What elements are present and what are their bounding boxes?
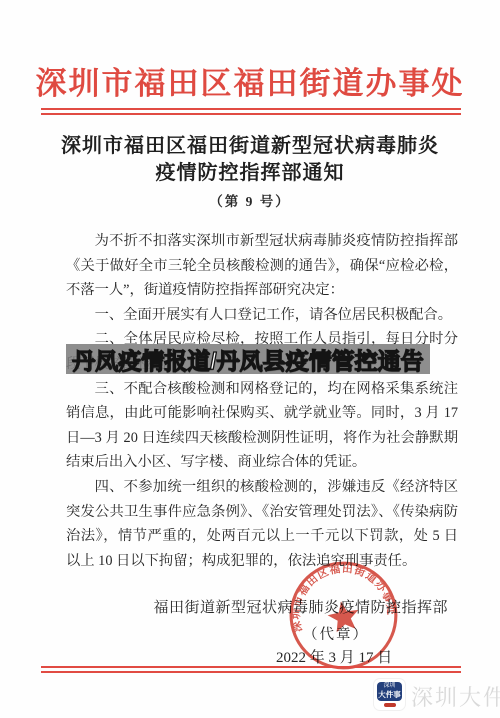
headline-overlay-text: 丹凤疫情报道/丹凤县疫情管控通告 xyxy=(72,343,423,376)
notice-heading: 深圳市福田区福田街道新型冠状病毒肺炎 疫情防控指挥部通知 xyxy=(0,133,500,187)
paragraph-item-3: 三、不配合核酸检测和网格登记的，均在网格采集系统注销信息，由此可能影响社保购买、… xyxy=(66,377,458,475)
paragraph-item-1: 一、全面开展实有人口登记工作，请各位居民积极配合。 xyxy=(66,303,458,328)
seal-star-icon xyxy=(326,599,362,634)
notice-body: 为不折不扣落实深圳市新型冠状病毒肺炎疫情防控指挥部《关于做好全市三轮全员核酸检测… xyxy=(66,229,458,573)
notice-heading-line2: 疫情防控指挥部通知 xyxy=(0,160,500,187)
watermark-label: 深圳大件事 xyxy=(411,681,500,712)
watermark-app-icon-tile: 深圳 大件事 xyxy=(377,682,402,701)
footer-divider-line xyxy=(41,666,461,673)
watermark-app-icon: 深圳 大件事 xyxy=(374,679,405,710)
doc-number: （第 9 号） xyxy=(0,190,500,210)
letterhead-divider-line xyxy=(41,108,461,115)
letterhead-title: 深圳市福田区福田街道办事处 xyxy=(0,58,500,103)
paragraph-intro: 为不折不扣落实深圳市新型冠状病毒肺炎疫情防控指挥部《关于做好全市三轮全员核酸检测… xyxy=(66,229,458,303)
watermark-icon-text-line2: 大件事 xyxy=(377,690,402,699)
headline-overlay-band: 丹凤疫情报道/丹凤县疫情管控通告 xyxy=(66,344,430,374)
official-seal-stamp-icon: 深圳市福田区福田街道办事处 xyxy=(277,549,410,682)
notice-heading-line1: 深圳市福田区福田街道新型冠状病毒肺炎 xyxy=(0,133,500,160)
watermark-icon-text-line1: 深圳 xyxy=(377,682,402,690)
paragraph-item-4: 四、不参加统一组织的核酸检测的，涉嫌违反《经济特区突发公共卫生事件应急条例》、《… xyxy=(66,475,458,573)
notice-document: 深圳市福田区福田街道办事处 深圳市福田区福田街道新型冠状病毒肺炎 疫情防控指挥部… xyxy=(0,0,500,718)
watermark-icon-red-bar xyxy=(384,703,396,708)
